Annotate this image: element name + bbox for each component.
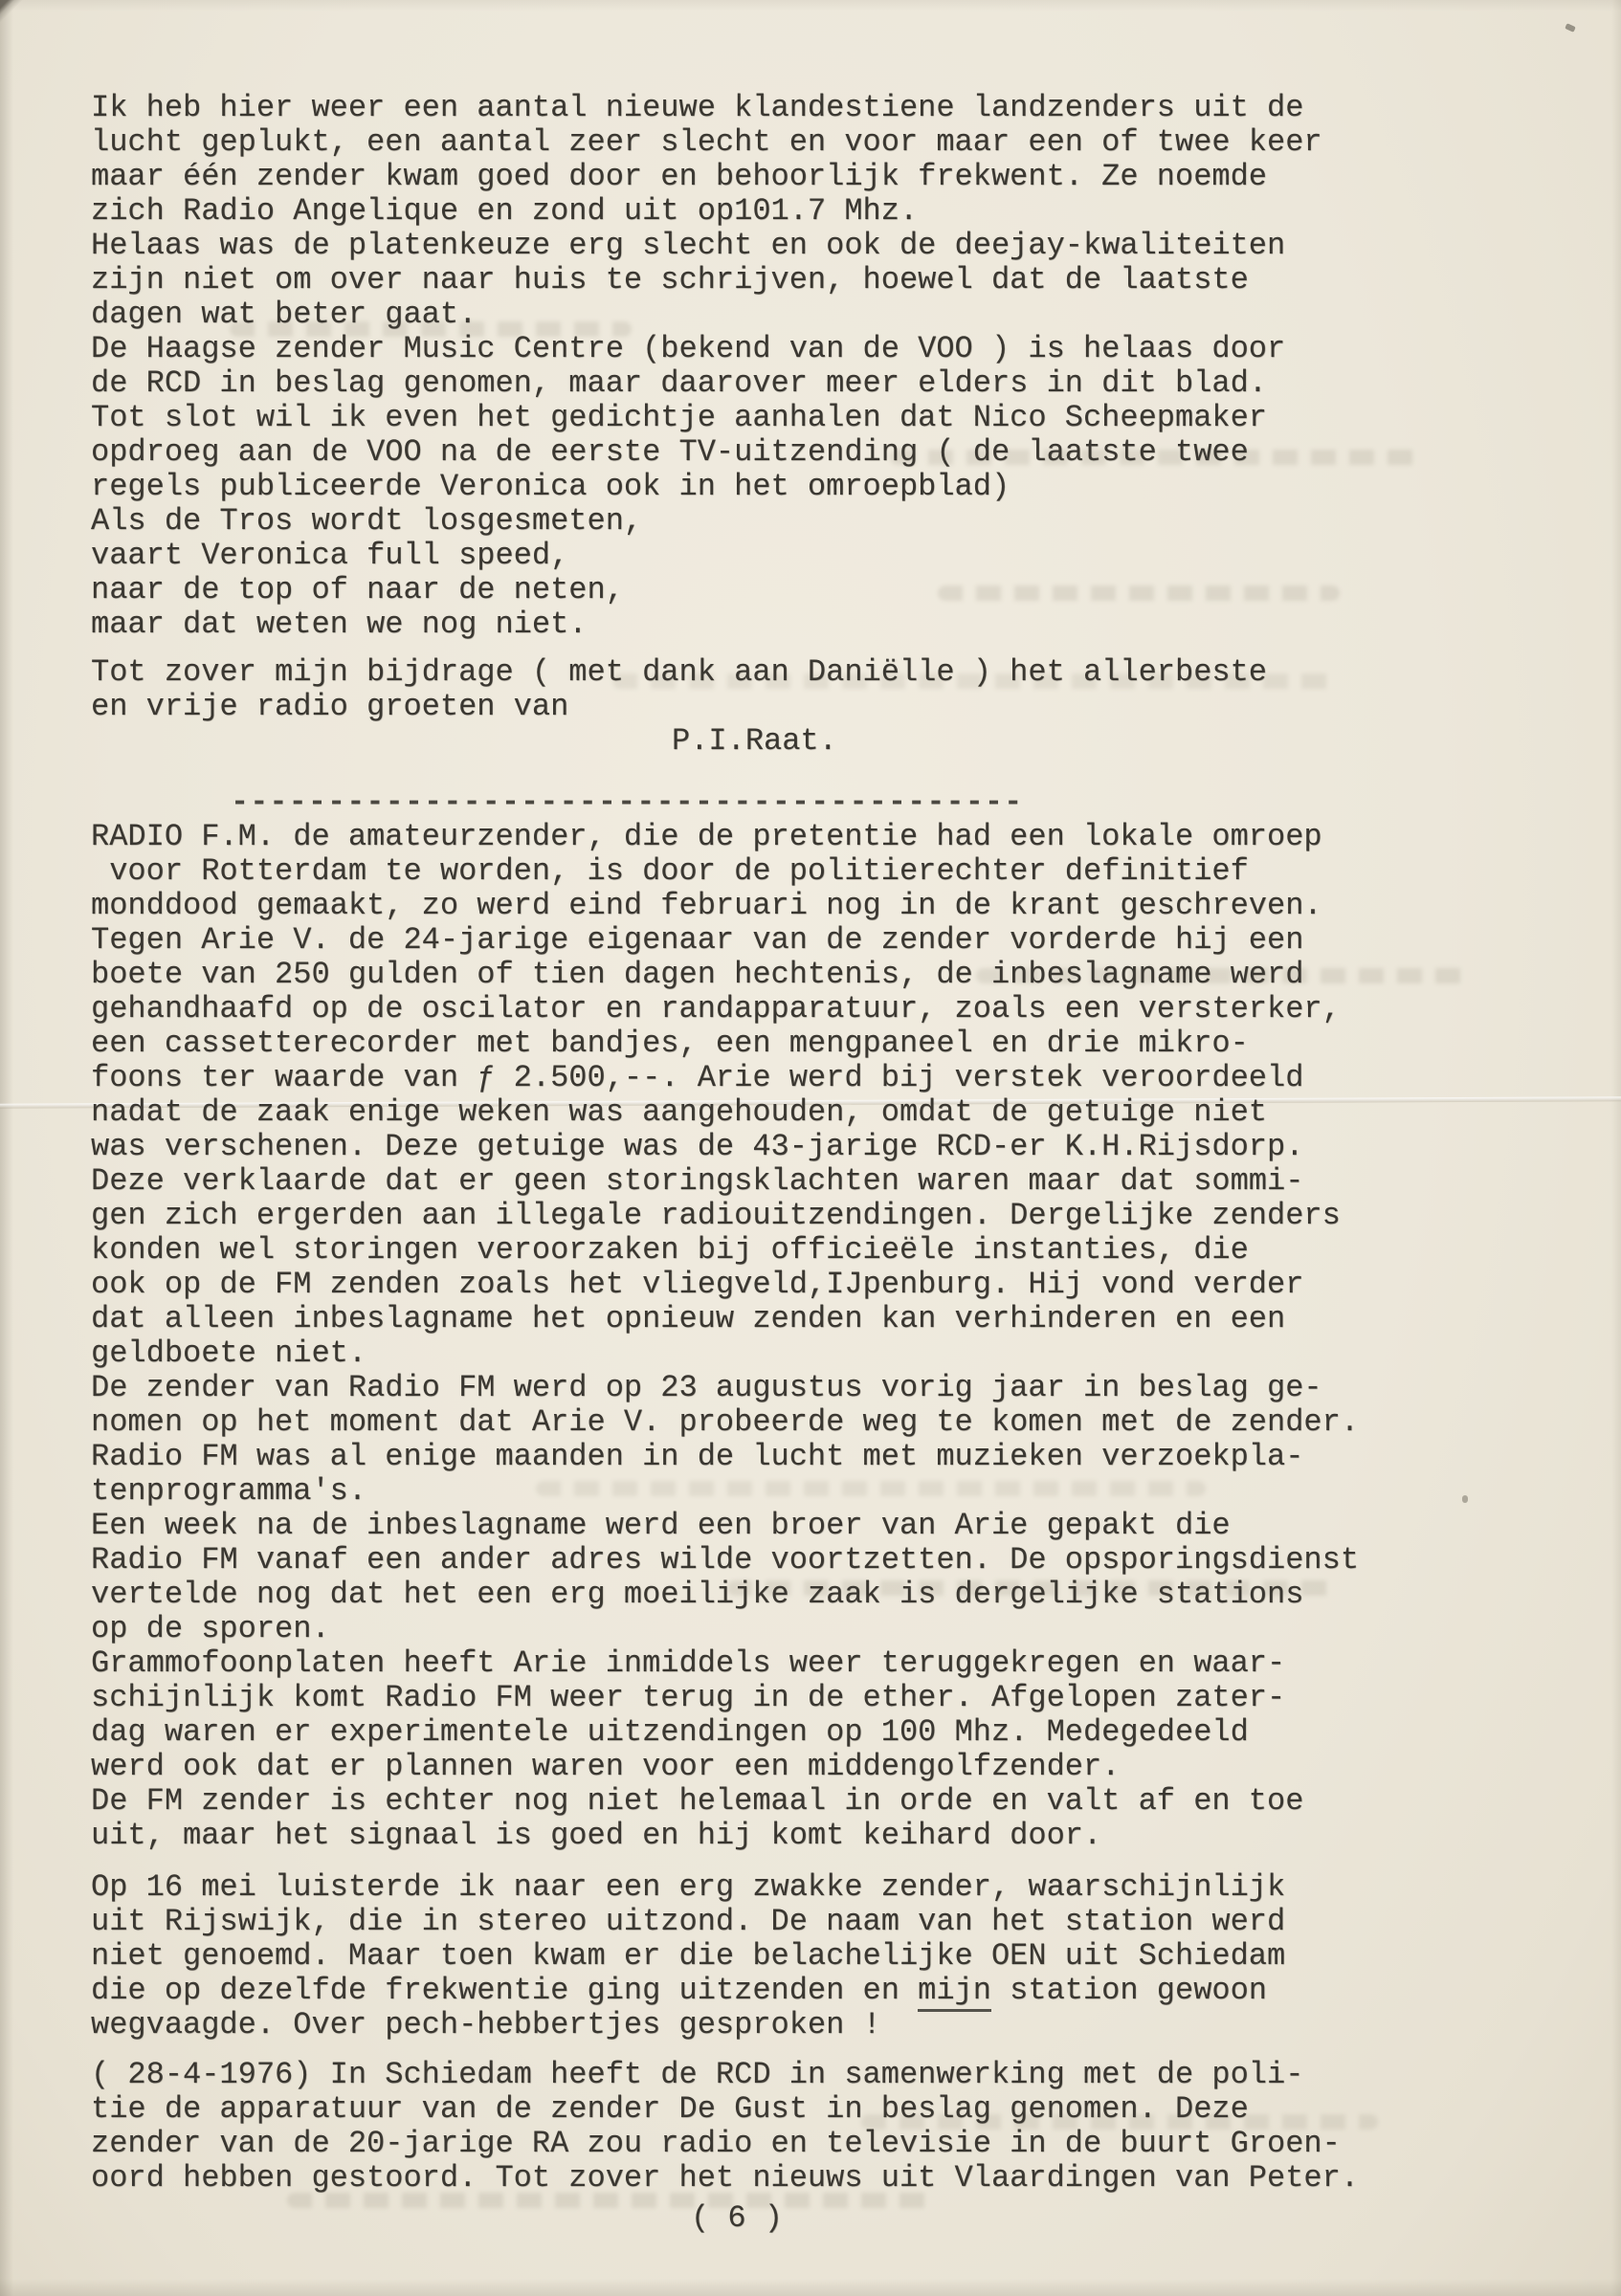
text-line: oord hebben gestoord. Tot zover het nieu… [91, 2161, 1592, 2196]
text-line: gehandhaafd op de oscilator en randappar… [91, 992, 1592, 1027]
text-line: foons ter waarde van ƒ 2.500,--. Arie we… [91, 1061, 1592, 1095]
text-line: De zender van Radio FM werd op 23 august… [91, 1371, 1592, 1405]
typed-dashed-divider: ----------------------------------------… [91, 785, 1592, 820]
text-line: Tot slot wil ik even het gedichtje aanha… [91, 401, 1592, 435]
page-text-column: Ik heb hier weer een aantal nieuwe kland… [0, 0, 1621, 2236]
text-line: schijnlijk komt Radio FM weer terug in d… [91, 1681, 1592, 1715]
text-line: zich Radio Angelique en zond uit op101.7… [91, 194, 1592, 229]
text-line: konden wel storingen veroorzaken bij off… [91, 1233, 1592, 1268]
text-line: De Haagse zender Music Centre (bekend va… [91, 332, 1592, 366]
text-line: maar één zender kwam goed door en behoor… [91, 160, 1592, 194]
page-number: ( 6 ) [91, 2201, 1383, 2236]
text-line: tenprogramma's. [91, 1474, 1592, 1509]
text-line: naar de top of naar de neten, [91, 573, 1592, 607]
text-line: vertelde nog dat het een erg moeilijke z… [91, 1578, 1592, 1612]
text-line: Deze verklaarde dat er geen storingsklac… [91, 1164, 1592, 1199]
text-line: gen zich ergerden aan illegale radiouitz… [91, 1199, 1592, 1233]
text-line: tie de apparatuur van de zender De Gust … [91, 2092, 1592, 2127]
text-line: dat alleen inbeslagname het opnieuw zend… [91, 1302, 1592, 1336]
closing-paragraph: Tot zover mijn bijdrage ( met dank aan D… [91, 655, 1592, 724]
text-line: boete van 250 gulden of tien dagen hecht… [91, 958, 1592, 992]
text-line: Helaas was de platenkeuze erg slecht en … [91, 229, 1592, 263]
text-line: op de sporen. [91, 1612, 1592, 1646]
text-line: niet genoemd. Maar toen kwam er die bela… [91, 1939, 1592, 1974]
text-line: lucht geplukt, een aantal zeer slecht en… [91, 125, 1592, 160]
text-line: werd ook dat er plannen waren voor een m… [91, 1750, 1592, 1784]
schiedam-news-paragraph: ( 28-4-1976) In Schiedam heeft de RCD in… [91, 2058, 1592, 2196]
text-line: zijn niet om over naar huis te schrijven… [91, 263, 1592, 298]
text-line: ( 28-4-1976) In Schiedam heeft de RCD in… [91, 2058, 1592, 2092]
text-line: Een week na de inbeslagname werd een bro… [91, 1509, 1592, 1543]
text-line: maar dat weten we nog niet. [91, 607, 1592, 642]
text-line: geldboete niet. [91, 1336, 1592, 1371]
text-line: opdroeg aan de VOO na de eerste TV-uitze… [91, 435, 1592, 470]
text-line: die op dezelfde frekwentie ging uitzende… [91, 1974, 1592, 2008]
text-line: dagen wat beter gaat. [91, 298, 1592, 332]
text-line: was verschenen. Deze getuige was de 43-j… [91, 1130, 1592, 1164]
underlined-word: mijn [918, 1973, 991, 2012]
text-line: De FM zender is echter nog niet helemaal… [91, 1784, 1592, 1819]
text-line: vaart Veronica full speed, [91, 539, 1592, 573]
text-line: Als de Tros wordt losgesmeten, [91, 504, 1592, 539]
text-line: Ik heb hier weer een aantal nieuwe kland… [91, 91, 1592, 125]
text-line: nadat de zaak enige weken was aangehoude… [91, 1095, 1592, 1130]
text-line: ook op de FM zenden zoals het vliegveld,… [91, 1268, 1592, 1302]
text-line: uit, maar het signaal is goed en hij kom… [91, 1819, 1592, 1853]
text-line: en vrije radio groeten van [91, 690, 1592, 724]
text-line: Grammofoonplaten heeft Arie inmiddels we… [91, 1646, 1592, 1681]
text-line: Op 16 mei luisterde ik naar een erg zwak… [91, 1870, 1592, 1905]
intro-paragraph-and-poem: Ik heb hier weer een aantal nieuwe kland… [91, 91, 1592, 642]
text-line: een cassetterecorder met bandjes, een me… [91, 1027, 1592, 1061]
text-line: RADIO F.M. de amateurzender, die de pret… [91, 820, 1592, 854]
text-line: zender van de 20-jarige RA zou radio en … [91, 2127, 1592, 2161]
signature: P.I.Raat. [91, 724, 1592, 759]
scanned-typewritten-page: Ik heb hier weer een aantal nieuwe kland… [0, 0, 1621, 2296]
text-line: monddood gemaakt, zo werd eind februari … [91, 889, 1592, 923]
text-line: nomen op het moment dat Arie V. probeerd… [91, 1405, 1592, 1440]
text-line: regels publiceerde Veronica ook in het o… [91, 470, 1592, 504]
radio-fm-article: RADIO F.M. de amateurzender, die de pret… [91, 820, 1592, 1853]
text-line: dag waren er experimentele uitzendingen … [91, 1715, 1592, 1750]
stereo-incident-paragraph: Op 16 mei luisterde ik naar een erg zwak… [91, 1870, 1592, 2042]
text-line: uit Rijswijk, die in stereo uitzond. De … [91, 1905, 1592, 1939]
text-line: Radio FM was al enige maanden in de luch… [91, 1440, 1592, 1474]
text-line: Tot zover mijn bijdrage ( met dank aan D… [91, 655, 1592, 690]
text-line: Radio FM vanaf een ander adres wilde voo… [91, 1543, 1592, 1578]
text-line: de RCD in beslag genomen, maar daarover … [91, 366, 1592, 401]
text-line: Tegen Arie V. de 24-jarige eigenaar van … [91, 923, 1592, 958]
text-line: voor Rotterdam te worden, is door de pol… [91, 854, 1592, 889]
text-line: wegvaagde. Over pech-hebbertjes gesproke… [91, 2008, 1592, 2042]
